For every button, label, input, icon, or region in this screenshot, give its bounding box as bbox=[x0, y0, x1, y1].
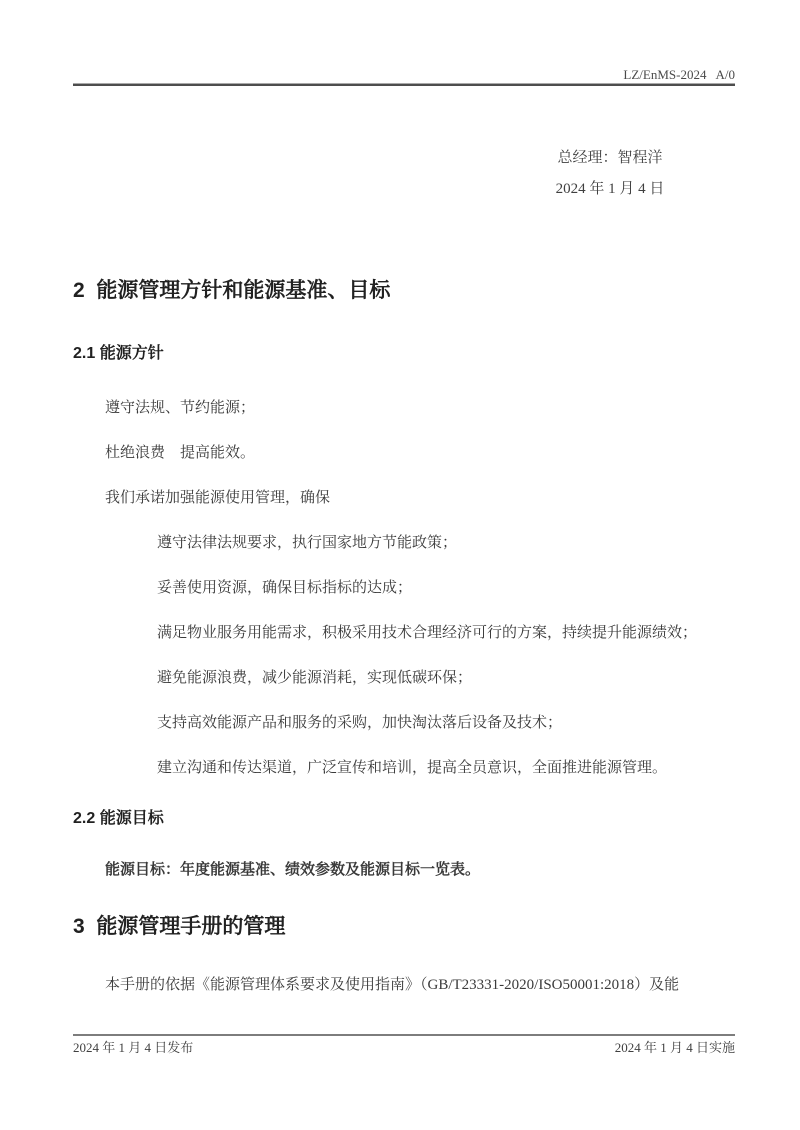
section-3-heading: 3 能源管理手册的管理 bbox=[73, 913, 735, 940]
section-2-2-heading: 2.2 能源目标 bbox=[73, 808, 735, 829]
commitment-item: 建立沟通和传达渠道，广泛宣传和培训，提高全员意识，全面推进能源管理。 bbox=[73, 758, 735, 778]
page-footer: 2024 年 1 月 4 日发布 2024 年 1 月 4 日实施 bbox=[73, 1034, 735, 1055]
policy-paragraph: 遵守法规、节约能源； bbox=[73, 398, 735, 418]
footer-effective-date: 2024 年 1 月 4 日实施 bbox=[615, 1040, 735, 1055]
commitment-item: 避免能源浪费，减少能源消耗，实现低碳环保； bbox=[73, 668, 735, 688]
energy-objective-line: 能源目标：年度能源基准、绩效参数及能源目标一览表。 bbox=[73, 860, 735, 880]
header-rule bbox=[73, 83, 735, 86]
commitment-item: 遵守法律法规要求，执行国家地方节能政策； bbox=[73, 533, 735, 553]
document-code: LZ/EnMS-2024 A/0 bbox=[73, 68, 735, 82]
footer-issue-date: 2024 年 1 月 4 日发布 bbox=[73, 1040, 193, 1055]
commitment-item: 支持高效能源产品和服务的采购，加快淘汰落后设备及技术； bbox=[73, 713, 735, 733]
policy-paragraph: 我们承诺加强能源使用管理，确保 bbox=[73, 488, 735, 508]
approver-line: 总经理：智程洋 bbox=[530, 143, 690, 174]
approval-block: 总经理：智程洋 2024 年 1 月 4 日 bbox=[530, 143, 690, 205]
commitment-item: 满足物业服务用能需求，积极采用技术合理经济可行的方案，持续提升能源绩效； bbox=[73, 623, 735, 643]
approval-date: 2024 年 1 月 4 日 bbox=[530, 174, 690, 205]
section-2-heading: 2 能源管理方针和能源基准、目标 bbox=[73, 277, 735, 304]
policy-paragraph: 杜绝浪费 提高能效。 bbox=[73, 443, 735, 463]
commitment-item: 妥善使用资源，确保目标指标的达成； bbox=[73, 578, 735, 598]
manual-basis-paragraph: 本手册的依据《能源管理体系要求及使用指南》（GB/T23331-2020/ISO… bbox=[73, 975, 735, 995]
section-2-1-heading: 2.1 能源方针 bbox=[73, 343, 735, 364]
document-page: LZ/EnMS-2024 A/0 总经理：智程洋 2024 年 1 月 4 日 … bbox=[0, 0, 800, 1130]
